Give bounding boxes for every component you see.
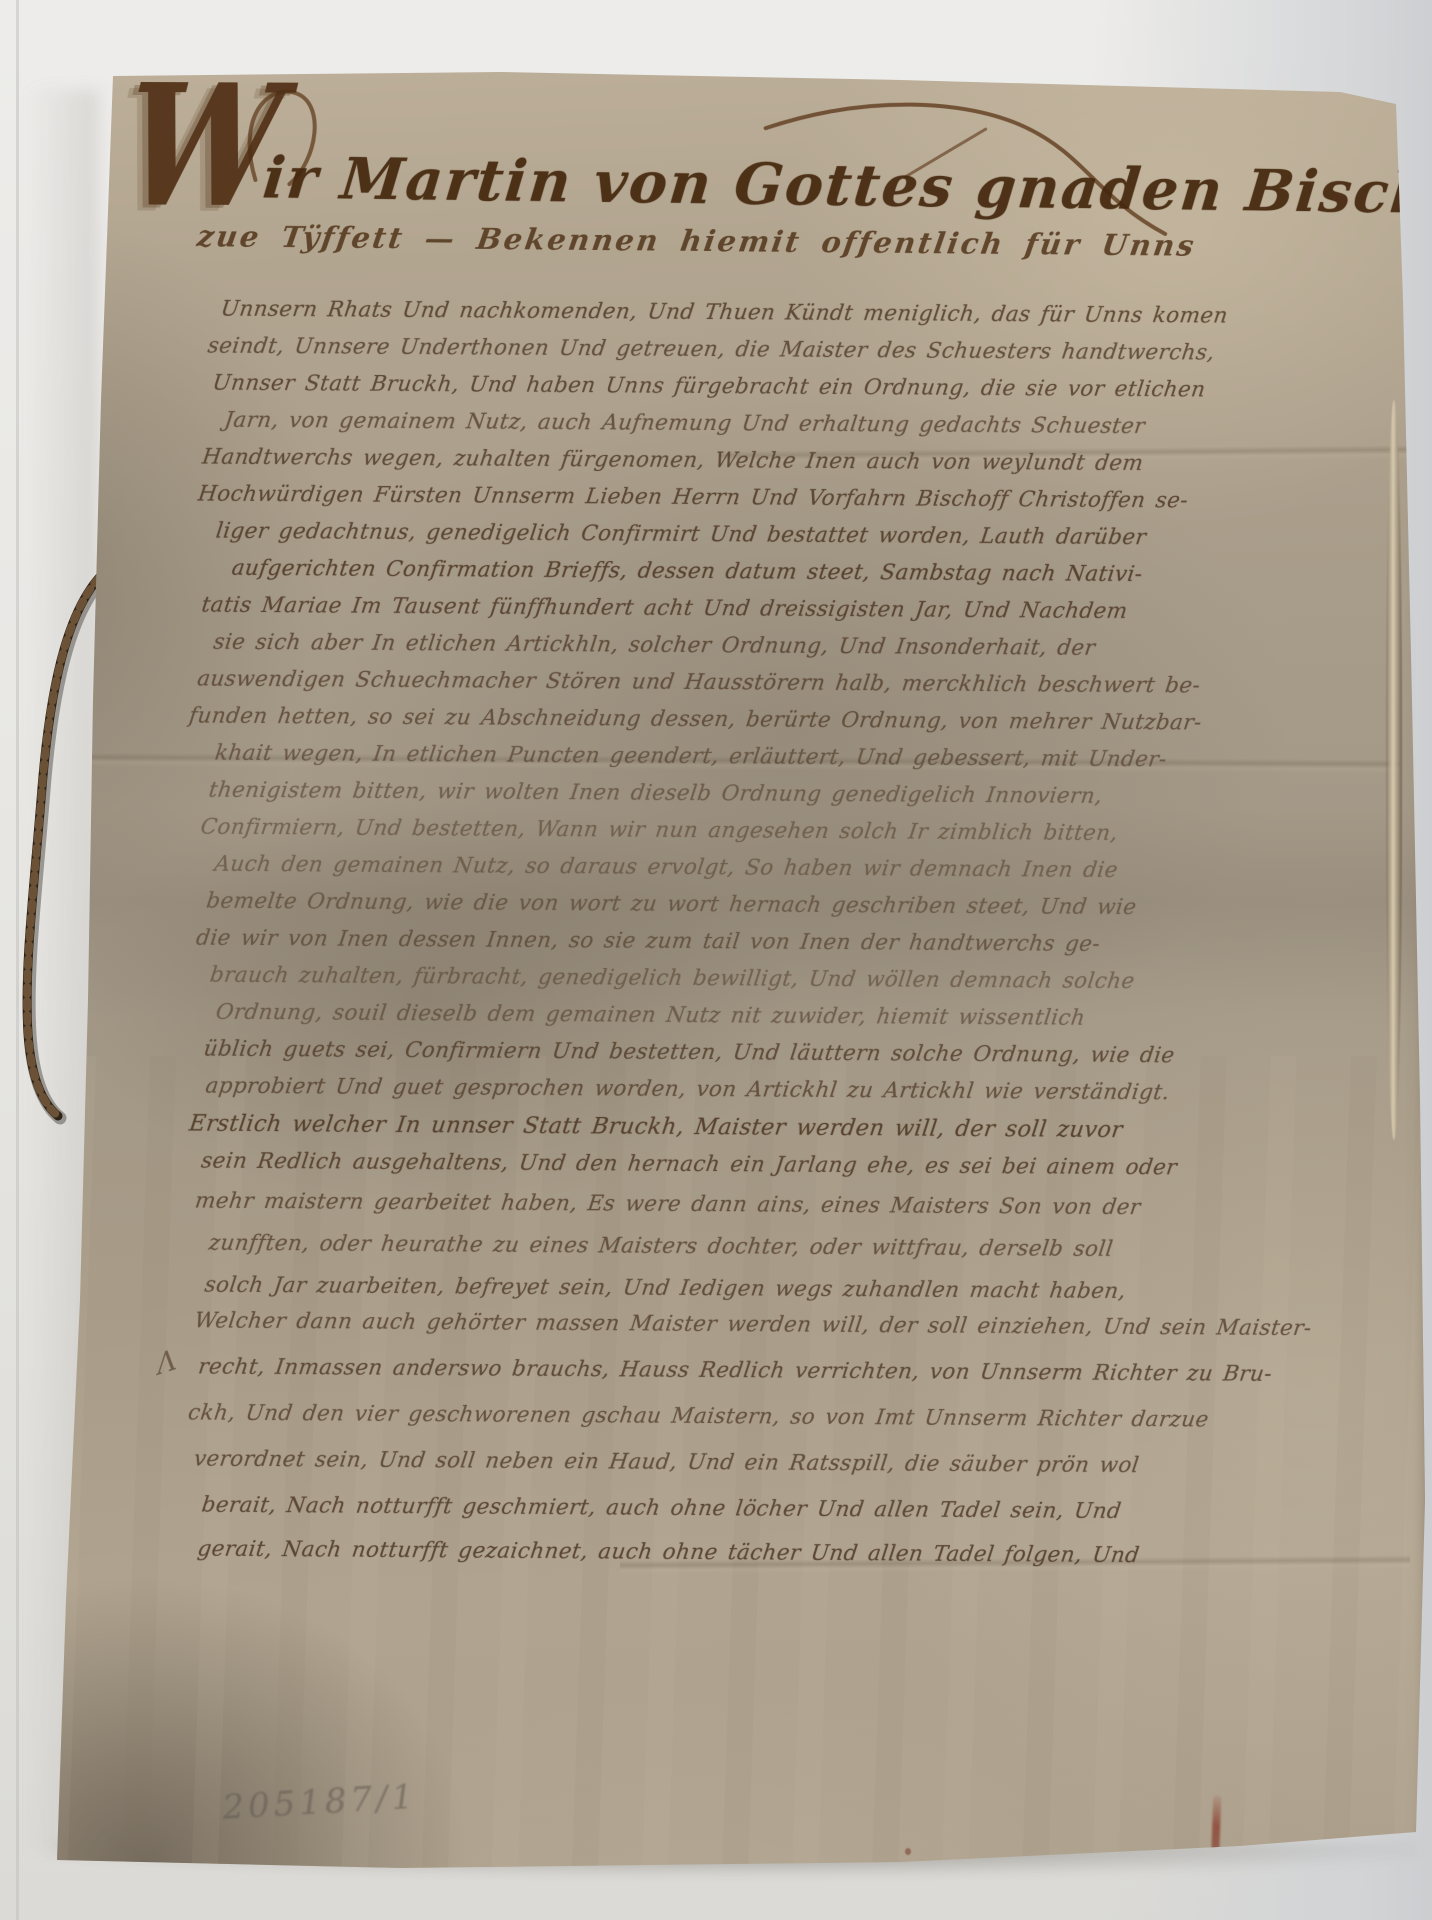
- manuscript-line: sie sich aber In etlichen Artickhln, sol…: [212, 630, 1097, 661]
- margin-paragraph-mark: Λ: [154, 1343, 179, 1382]
- archive-number-pencil: 205187/1: [221, 1777, 418, 1828]
- manuscript-line: solch Jar zuarbeiten, befreyet sein, Und…: [203, 1273, 1127, 1304]
- manuscript-line: Ordnung, souil dieselb dem gemainen Nutz…: [214, 1000, 1086, 1031]
- photo-of-manuscript: W ir Martin von Gottes gnaden Bischoüe z…: [0, 0, 1432, 1920]
- manuscript-line: Unnsern Rhats Und nachkomenden, Und Thue…: [219, 297, 1229, 329]
- manuscript-line: Confirmiern, Und bestetten, Wann wir nun…: [199, 815, 1119, 846]
- handwritten-text-layer: W ir Martin von Gottes gnaden Bischoüe z…: [0, 0, 1432, 1920]
- manuscript-line: khait wegen, In etlichen Puncten geender…: [213, 741, 1168, 773]
- parchment-page: W ir Martin von Gottes gnaden Bischoüe z…: [0, 0, 1432, 1920]
- manuscript-line: Hochwürdigen Fürsten Unnserm Lieben Herr…: [197, 481, 1190, 513]
- wall-corner-line: [16, 0, 19, 1920]
- manuscript-line: verordnet sein, Und soll neben ein Haud,…: [192, 1446, 1140, 1478]
- manuscript-line: ckh, Und den vier geschworenen gschau Ma…: [187, 1400, 1211, 1432]
- manuscript-line: Auch den gemainen Nutz, so daraus ervolg…: [213, 852, 1119, 883]
- manuscript-line: approbiert Und guet gesprochen worden, v…: [204, 1074, 1171, 1106]
- manuscript-line: Jarn, von gemainem Nutz, auch Aufnemung …: [223, 408, 1147, 439]
- manuscript-line: funden hetten, so sei zu Abschneidung de…: [188, 703, 1204, 735]
- manuscript-line: Erstlich welcher In unnser Statt Bruckh,…: [188, 1110, 1125, 1143]
- manuscript-line: recht, Inmassen anderswo brauchs, Hauss …: [197, 1354, 1274, 1386]
- manuscript-line: tatis Mariae Im Tausent fünffhundert ach…: [200, 593, 1129, 624]
- manuscript-line: auswendigen Schuechmacher Stören und Hau…: [196, 666, 1202, 698]
- manuscript-line: gerait, Nach notturfft gezaichnet, auch …: [196, 1537, 1141, 1569]
- manuscript-line: Unnser Statt Bruckh, Und haben Unns fürg…: [211, 371, 1207, 403]
- manuscript-line: zunfften, oder heurathe zu eines Maister…: [207, 1231, 1114, 1262]
- manuscript-line: Handtwerchs wegen, zuhalten fürgenomen, …: [201, 445, 1145, 477]
- manuscript-line: aufgerichten Confirmation Brieffs, desse…: [230, 556, 1144, 587]
- manuscript-line: mehr maistern gearbeitet haben, Es were …: [193, 1188, 1142, 1220]
- manuscript-line: bemelte Ordnung, wie die von wort zu wor…: [205, 889, 1138, 920]
- manuscript-line: üblich guets sei, Confirmiern Und bestet…: [202, 1037, 1176, 1069]
- manuscript-line: thenigistem bitten, wir wolten Inen dies…: [207, 778, 1104, 809]
- manuscript-line: die wir von Inen dessen Innen, so sie zu…: [195, 926, 1102, 957]
- manuscript-line: sein Redlich ausgehaltens, Und den herna…: [200, 1148, 1179, 1180]
- heading-subline: zue Tÿffett — Bekennen hiemit offentlich…: [195, 219, 1198, 263]
- manuscript-line: Welcher dann auch gehörter massen Maiste…: [193, 1308, 1313, 1341]
- manuscript-line: liger gedachtnus, genedigelich Confirmir…: [214, 519, 1147, 550]
- manuscript-line: berait, Nach notturfft geschmiert, auch …: [200, 1493, 1123, 1524]
- manuscript-line: brauch zuhalten, fürbracht, genedigelich…: [208, 963, 1136, 994]
- heading-line: ir Martin von Gottes gnaden Bischoüe: [260, 144, 1432, 228]
- manuscript-line: seindt, Unnsere Underthonen Und getreuen…: [206, 333, 1216, 365]
